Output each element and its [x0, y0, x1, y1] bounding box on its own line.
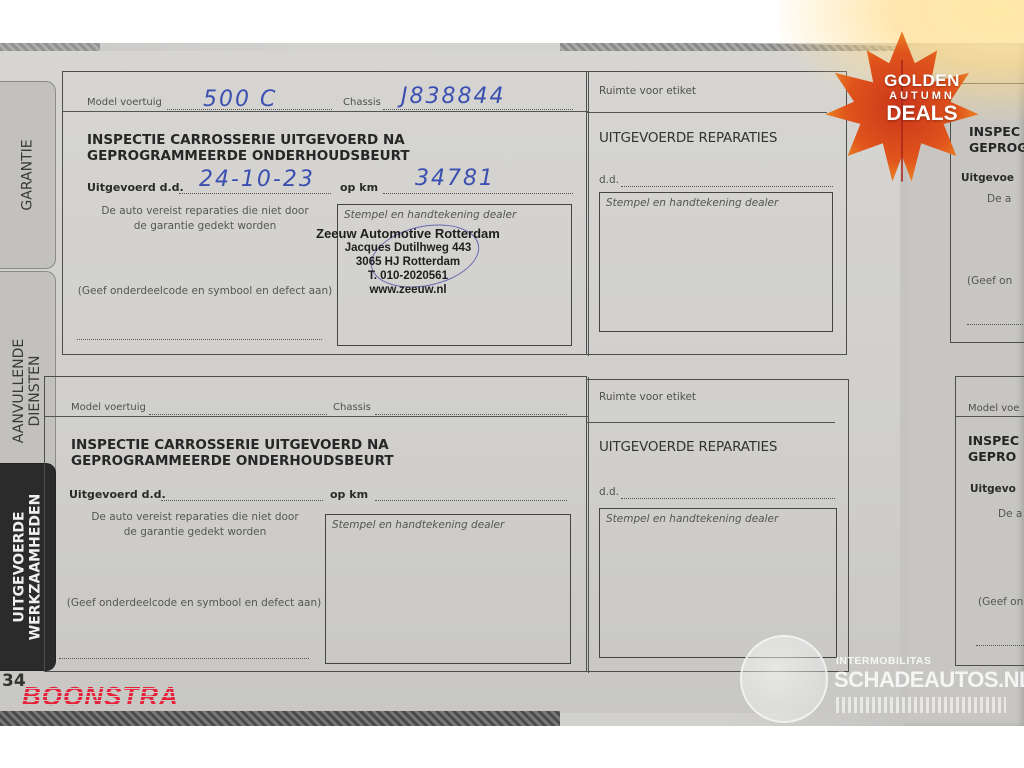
stamp-city: 3065 HJ Rotterdam [298, 255, 518, 269]
label-space-caption: Ruimte voor etiket [599, 391, 696, 403]
km-label: op km [330, 488, 368, 501]
carbon-texture [0, 711, 560, 726]
watermark-small-text: INTERMOBILITAS [836, 655, 931, 667]
inspection-form-partial-bottom: Model voe INSPEC GEPRO Uitgevo De a (Gee… [955, 376, 1024, 666]
part-line [77, 339, 322, 340]
part-hint: (Geef on [967, 274, 1012, 289]
repairs-date-label: d.d. [599, 486, 619, 498]
stamp-caption: Stempel en handtekening dealer [606, 197, 778, 209]
repairs-title: UITGEVOERDE REPARATIES [599, 130, 777, 146]
repairs-date-line [621, 498, 835, 499]
stamp-web: www.zeeuw.nl [298, 283, 518, 297]
stamp-caption: Stempel en handtekening dealer [332, 519, 504, 531]
promo-text: GOLDEN AUTUMN DEALS [872, 72, 972, 125]
dealer-stamp: Zeeuw Automotive Rotterdam Jacques Dutil… [298, 226, 518, 297]
form-title: INSPEC GEPRO [968, 433, 1019, 465]
inspection-form-1: Model voertuig 500 C Chassis J838844 INS… [62, 71, 587, 355]
model-label: Model voe [968, 403, 1019, 414]
form-title: INSPECTIE CARROSSERIE UITGEVOERD NA GEPR… [87, 132, 410, 164]
repairs-stamp-box: Stempel en handtekening dealer [599, 192, 833, 332]
km-line [375, 500, 567, 501]
date-line [179, 193, 331, 194]
model-line [149, 414, 327, 415]
label-space-caption: Ruimte voor etiket [599, 85, 696, 97]
divider [587, 422, 835, 423]
date-line [161, 500, 323, 501]
booklet-left-page: GARANTIE AANVULLENDE DIENSTEN UITGEVOERD… [0, 51, 900, 713]
repairs-title: UITGEVOERDE REPARATIES [599, 439, 777, 455]
date-label: Uitgevoerd d.d. [69, 488, 166, 501]
stamp-address: Jacques Dutilhweg 443 [298, 241, 518, 255]
form-title: INSPECTIE CARROSSERIE UITGEVOERD NA GEPR… [71, 437, 394, 469]
carbon-texture [0, 43, 100, 51]
tab-label: UITGEVOERDE WERKZAAMHEDEN [12, 494, 44, 641]
part-hint: (Geef onderdeelcode en symbool en defect… [75, 284, 335, 299]
date-label: Uitgevoerd d.d. [87, 181, 184, 194]
chassis-label: Chassis [343, 97, 381, 108]
tab-label: AANVULLENDE DIENSTEN [12, 339, 44, 443]
chassis-line [383, 109, 573, 110]
watermark-stripes [836, 697, 1006, 713]
globe-icon [740, 635, 828, 723]
chassis-label: Chassis [333, 402, 371, 413]
warranty-note: De auto vereist reparaties die niet door… [75, 510, 315, 540]
model-value: 500 C [203, 87, 277, 112]
stamp-caption: Stempel en handtekening dealer [344, 209, 516, 221]
tab-garantie: GARANTIE [0, 81, 56, 269]
dealer-stamp-box: Stempel en handtekening dealer [325, 514, 571, 664]
warranty-note: De auto vereist reparaties die niet door… [85, 204, 325, 234]
tab-label: GARANTIE [20, 139, 36, 210]
km-label: op km [340, 181, 378, 194]
km-line [383, 193, 573, 194]
repairs-date-label: d.d. [599, 174, 619, 186]
date-value: 24-10-23 [199, 167, 315, 192]
model-label: Model voertuig [87, 97, 162, 108]
stamp-phone: T. 010-2020561 [298, 269, 518, 283]
model-label: Model voertuig [71, 402, 146, 413]
repairs-panel-2: Ruimte voor etiket UITGEVOERDE REPARATIE… [587, 379, 849, 672]
part-hint: (Geef onderdeelcode en symbool en defect… [59, 596, 329, 611]
chassis-value: J838844 [401, 84, 505, 109]
inspection-form-2: Model voertuig Chassis INSPECTIE CARROSS… [44, 376, 587, 672]
date-label: Uitgevo [970, 483, 1016, 495]
part-hint: (Geef on [978, 595, 1023, 610]
chassis-line [375, 414, 567, 415]
warranty-note: De a [998, 507, 1022, 522]
part-line [967, 324, 1024, 325]
stamp-caption: Stempel en handtekening dealer [606, 513, 778, 525]
schadeautos-watermark: INTERMOBILITAS SCHADEAUTOS.NL [740, 635, 1024, 726]
part-line [59, 658, 309, 659]
km-value: 34781 [415, 166, 495, 191]
stamp-name: Zeeuw Automotive Rotterdam [298, 226, 518, 241]
watermark-big-text: SCHADEAUTOS.NL [834, 667, 1024, 693]
golden-autumn-deals-badge: GOLDEN AUTUMN DEALS [780, 0, 1024, 200]
boonstra-logo: BOONSTRA [22, 681, 179, 712]
